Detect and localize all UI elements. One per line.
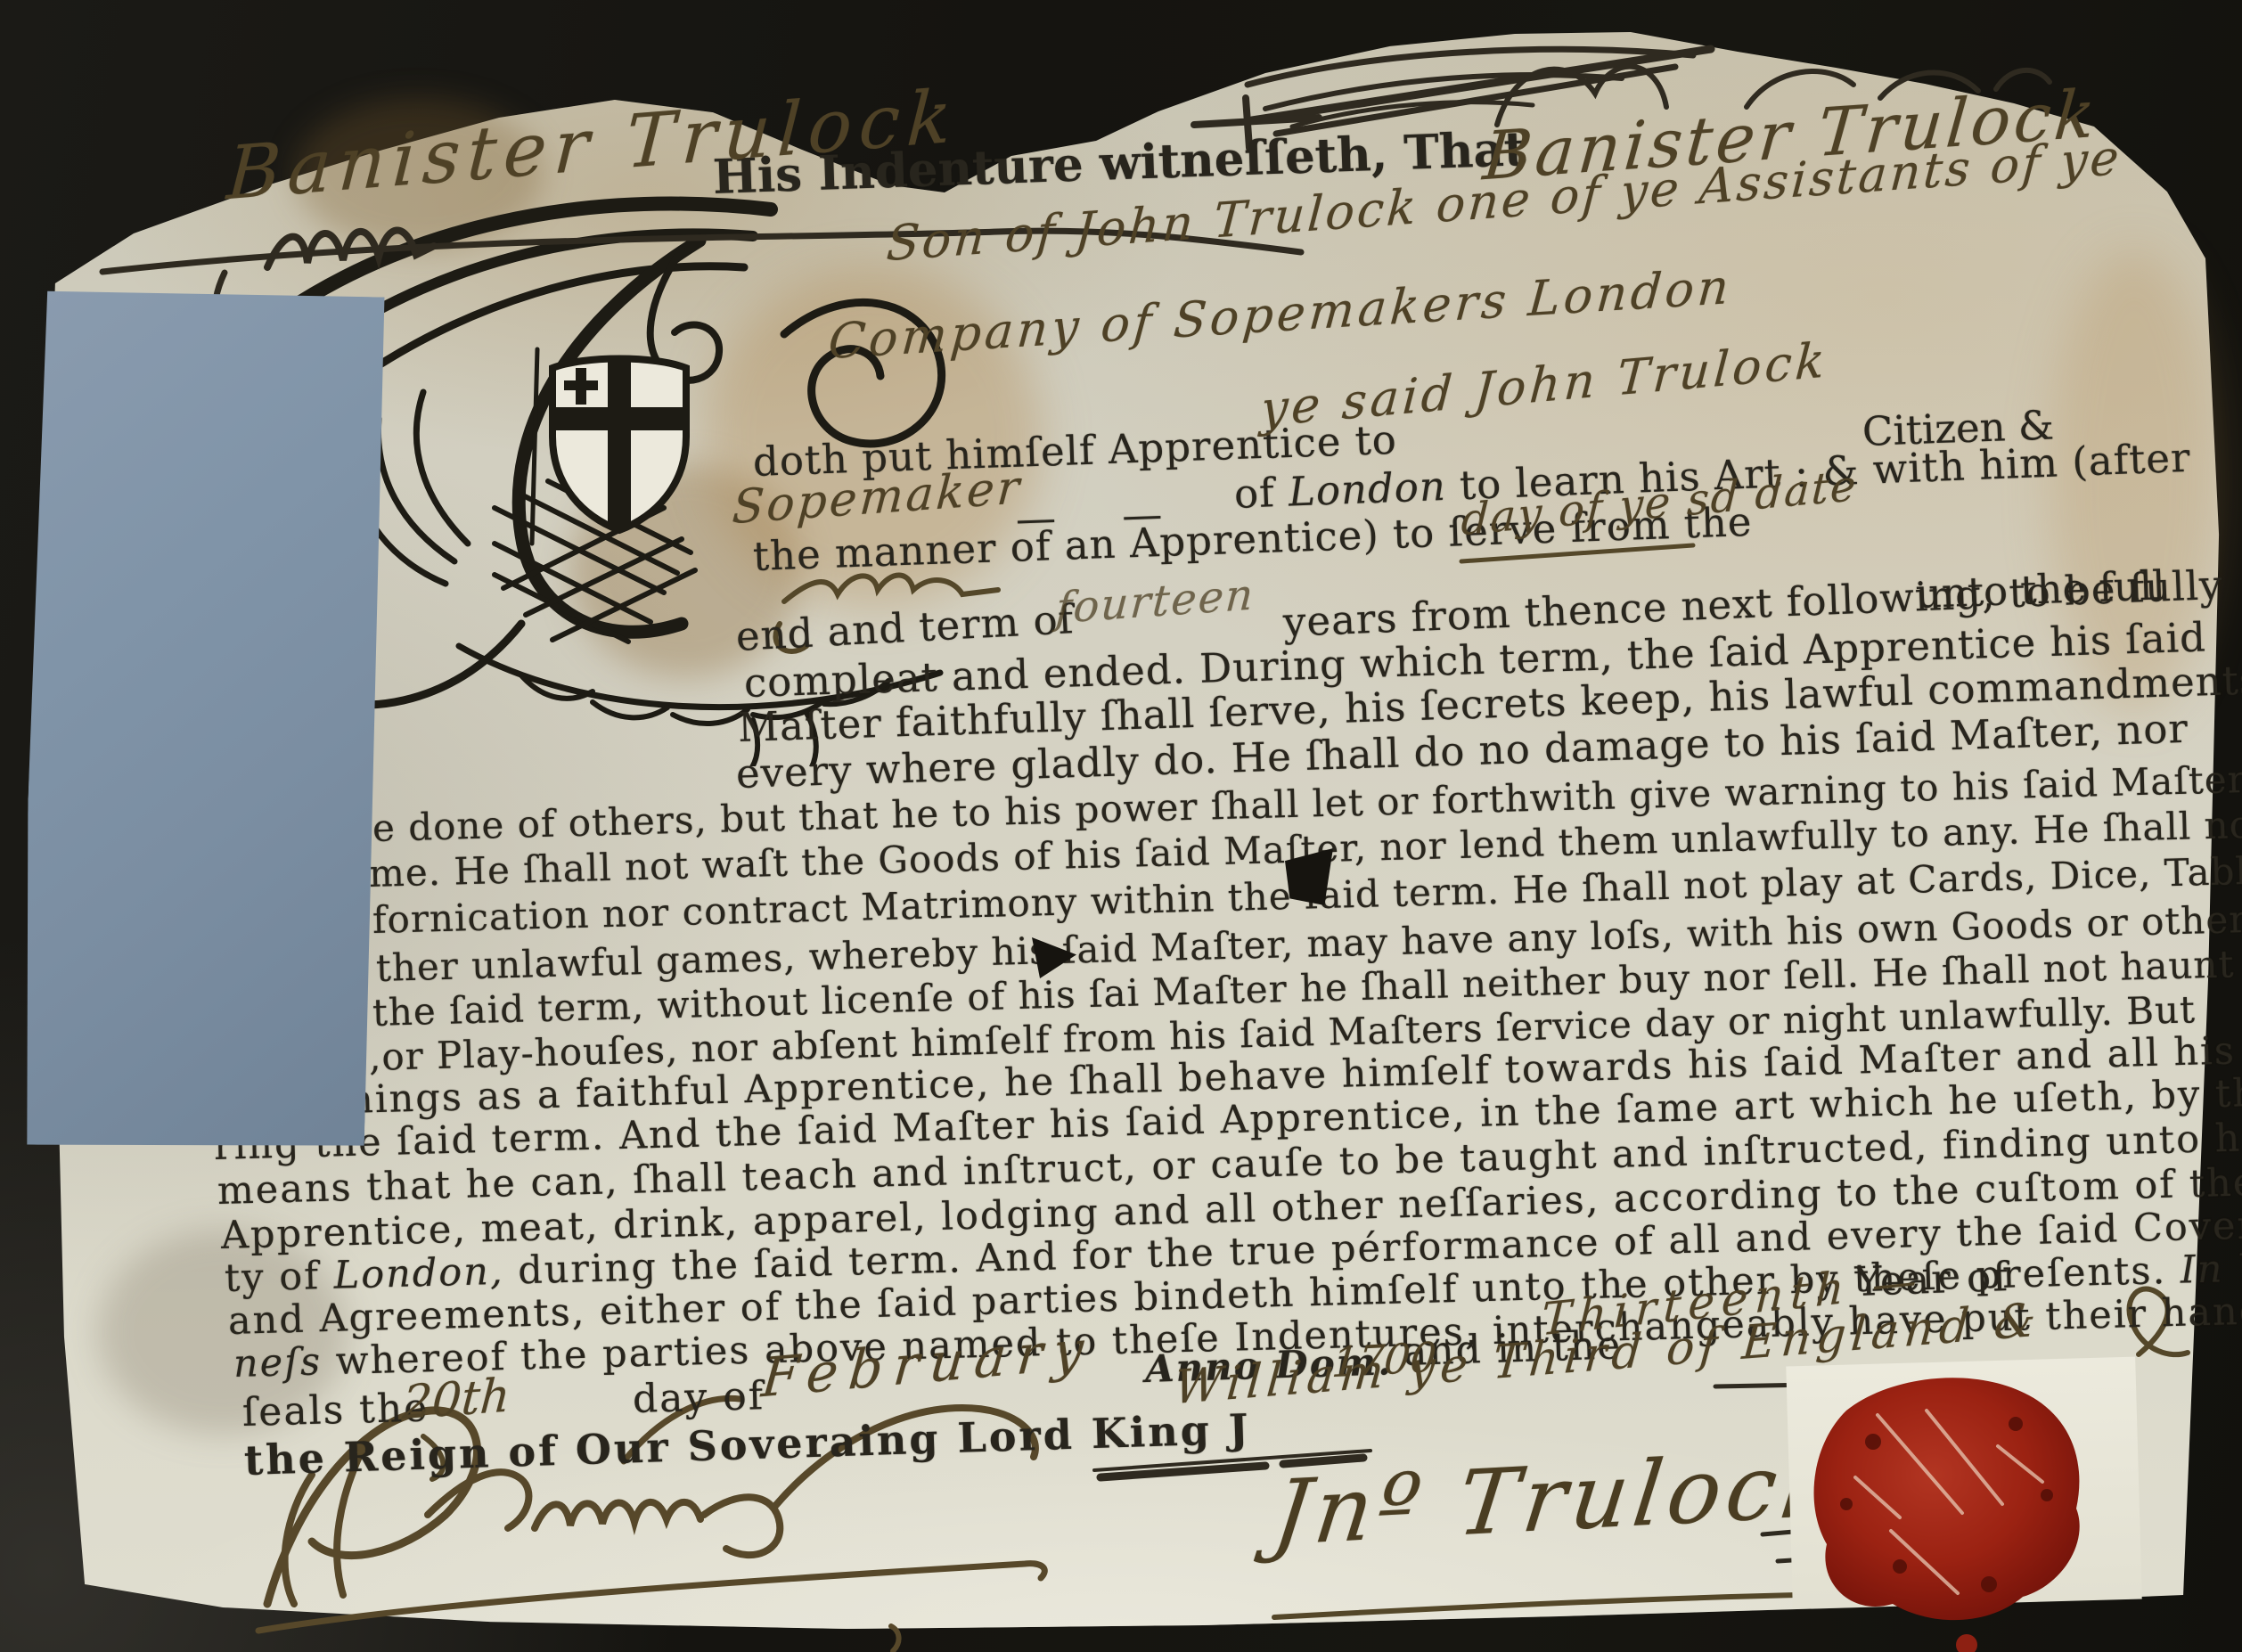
ness: neſs	[233, 1339, 322, 1386]
word-london: London	[1288, 462, 1447, 516]
in-wit: In Wit-	[2180, 1244, 2242, 1292]
day-of: day of	[632, 1373, 765, 1422]
photograph-of-indenture: Banister Trulock Banister Trulock Son of…	[0, 0, 2242, 1652]
word-london-2: London,	[333, 1249, 504, 1298]
red-wax-seal	[1793, 1362, 2114, 1652]
blue-paper-strip	[19, 288, 389, 1154]
day-hw: 20th	[401, 1369, 511, 1430]
word-of: of	[1233, 469, 1289, 518]
ty-of: ty of	[224, 1254, 334, 1301]
